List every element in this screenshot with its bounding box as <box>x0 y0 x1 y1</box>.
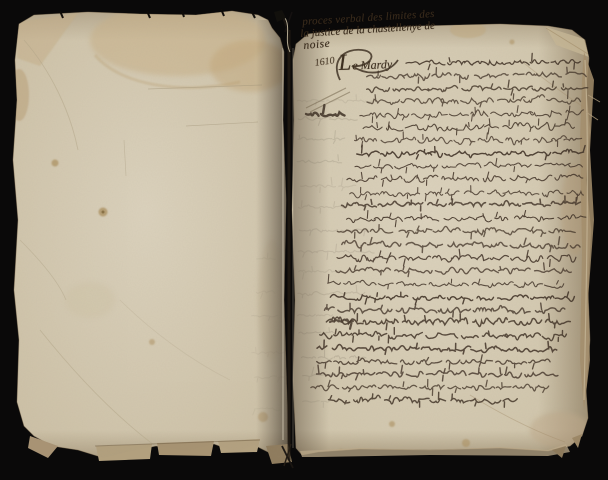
header-annotation-line-3: noise <box>303 38 331 52</box>
paper-grain <box>0 0 608 480</box>
body-opening-words: Le Mardy <box>338 48 393 76</box>
book-scan-svg <box>0 0 608 480</box>
manuscript-scan: proces verbal des limites des la justice… <box>0 0 608 480</box>
